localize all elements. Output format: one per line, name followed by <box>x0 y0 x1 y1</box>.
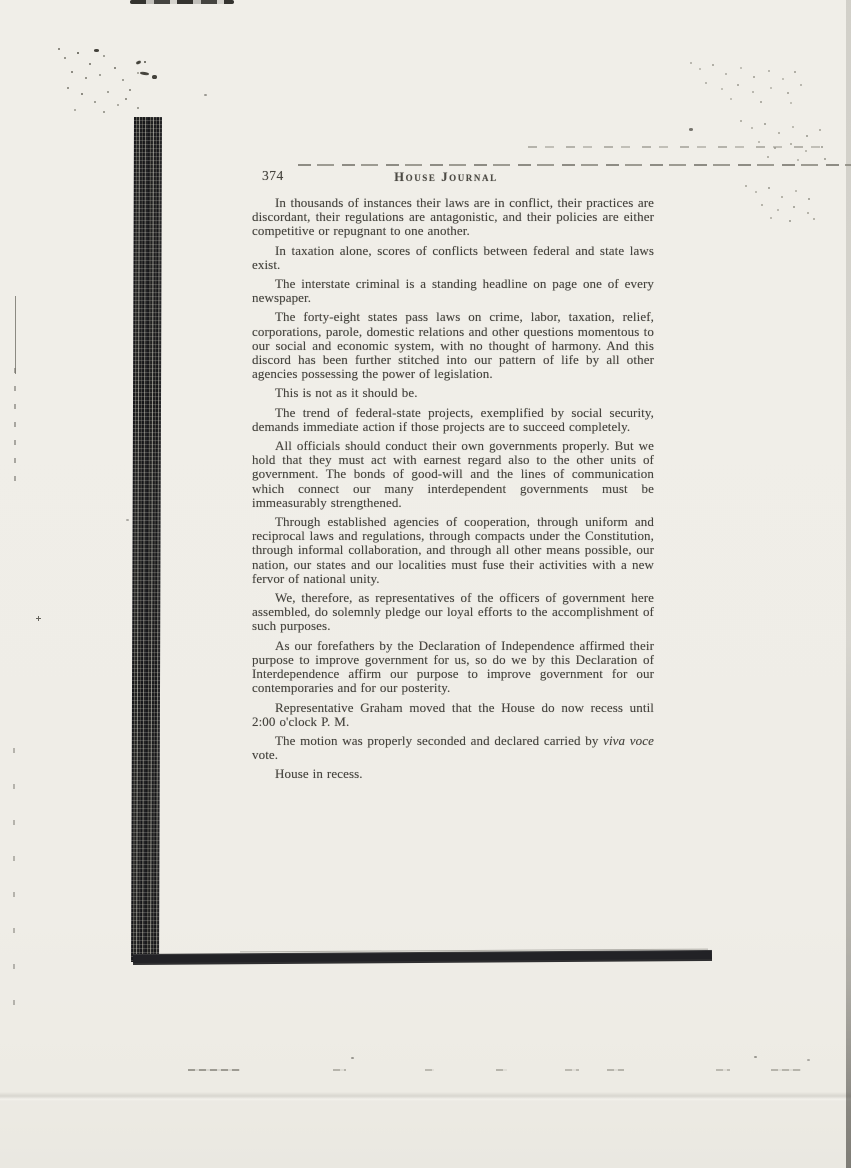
bottom-dashed-noise <box>771 1069 801 1071</box>
paragraph-motion-seconded: The motion was properly seconded and dec… <box>252 734 654 762</box>
paragraph-declaration-of-interdependence: As our forefathers by the Declaration of… <box>252 639 654 696</box>
paragraph-text-prefix: The motion was properly seconded and dec… <box>275 733 603 748</box>
ink-fleck <box>94 49 99 52</box>
bottom-scan-bar <box>133 950 712 965</box>
ink-fleck <box>204 94 207 96</box>
binding-shadow-strip <box>131 117 162 962</box>
ink-fleck <box>754 1056 757 1058</box>
bottom-dashed-noise <box>496 1069 507 1071</box>
speckle-cluster-top-right-1 <box>690 62 692 64</box>
ink-fleck <box>689 128 693 131</box>
paragraph-interstate-criminal: The interstate criminal is a standing he… <box>252 277 654 305</box>
ink-fleck-cross <box>36 616 41 621</box>
bottom-dashed-noise <box>565 1069 579 1071</box>
ink-fleck <box>807 1059 810 1061</box>
scanned-page: 374 House Journal In thousands of instan… <box>0 0 851 1168</box>
paragraph-taxation-conflicts: In taxation alone, scores of conflicts b… <box>252 244 654 272</box>
bottom-dashed-noise <box>607 1069 624 1071</box>
ink-fleck <box>351 1057 354 1059</box>
paragraph-text-suffix: vote. <box>252 747 278 762</box>
ink-fleck <box>140 71 149 75</box>
paragraph-federal-state-projects: The trend of federal-state projects, exe… <box>252 406 654 434</box>
paragraph-laws-in-conflict: In thousands of instances their laws are… <box>252 196 654 239</box>
paragraph-forty-eight-states: The forty-eight states pass laws on crim… <box>252 310 654 381</box>
latin-phrase-italic: viva voce <box>603 733 654 748</box>
bottom-dashed-noise <box>188 1069 240 1071</box>
top-edge-smudge <box>130 0 234 4</box>
paragraph-not-as-it-should-be: This is not as it should be. <box>252 386 654 400</box>
bottom-dashed-noise <box>333 1069 346 1071</box>
body-text: In thousands of instances their laws are… <box>252 196 654 787</box>
bottom-dashed-noise <box>716 1069 730 1071</box>
paragraph-house-in-recess: House in recess. <box>252 767 654 781</box>
page-number: 374 <box>262 168 284 184</box>
left-margin-tick-marks <box>14 368 16 484</box>
upper-dashed-noise-line <box>528 146 830 148</box>
left-margin-crease-line <box>15 296 16 374</box>
paragraph-agencies-of-cooperation: Through established agencies of cooperat… <box>252 515 654 586</box>
header-dashed-rule <box>298 164 851 166</box>
speckle-cluster-top-right-3 <box>745 185 747 187</box>
ink-fleck <box>152 75 157 79</box>
ink-fleck <box>126 519 129 521</box>
paragraph-graham-motion: Representative Graham moved that the Hou… <box>252 701 654 729</box>
ink-fleck <box>136 60 142 65</box>
speckle-cluster-top-left <box>58 48 60 50</box>
paragraph-pledge: We, therefore, as representatives of the… <box>252 591 654 634</box>
bottom-dashed-noise <box>425 1069 434 1071</box>
speckle-cluster-top-right-2 <box>740 120 742 122</box>
paragraph-officials-conduct: All officials should conduct their own g… <box>252 439 654 510</box>
left-margin-tick-marks <box>13 748 15 1016</box>
paper-crease-shadow <box>0 1092 851 1101</box>
page-right-edge-shadow <box>846 0 851 1168</box>
journal-title: House Journal <box>394 170 497 185</box>
